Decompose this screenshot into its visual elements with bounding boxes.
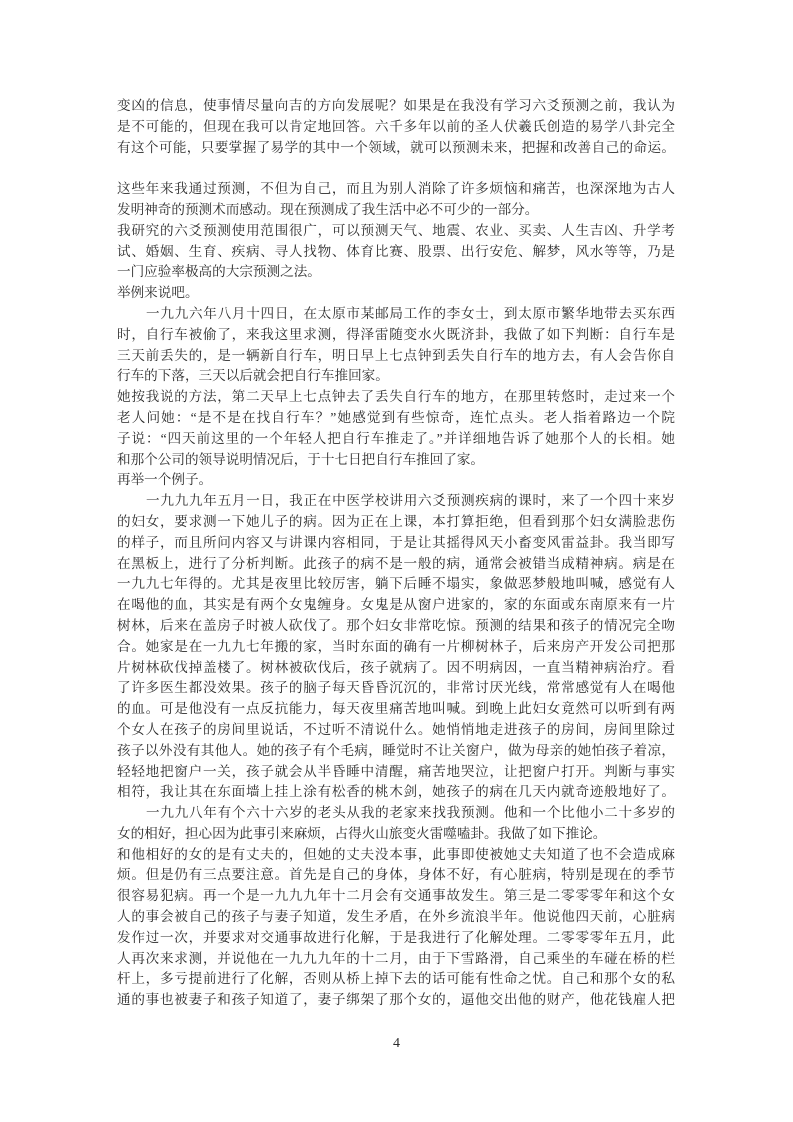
- text-line: 树林，后来在盖房子时被人砍伐了。那个妇女非常吃惊。预测的结果和孩子的情况完全吻: [117, 616, 675, 637]
- text-line: 发作过一次，并要求对交通事故进行化解，于是我进行了化解处理。二零零零年五月，此: [117, 928, 675, 949]
- text-line: 相符，我让其在东面墙上挂上涂有松香的桃木剑，她孩子的病在几天内就奇迹般地好了。: [117, 782, 675, 803]
- text-line: 杆上，多亏提前进行了化解，否则从桥上掉下去的话可能有性命之忧。自己和那个女的私: [117, 969, 675, 990]
- text-line: 行车的下落，三天以后就会把自行车推回家。: [117, 366, 675, 387]
- text-line: 一九九六年八月十四日，在太原市某邮局工作的李女士，到太原市繁华地带去买东西: [117, 304, 675, 325]
- text-line: 片树林砍伐掉盖楼了。树林被砍伐后，孩子就病了。因不明病因，一直当精神病治疗。看: [117, 658, 675, 679]
- text-line: 试、婚姻、生育、疾病、寻人找物、体育比赛、股票、出行安危、解梦，风水等等，乃是: [117, 242, 675, 263]
- text-line: 女的相好，担心因为此事引来麻烦，占得火山旅变火雷噬嗑卦。我做了如下推论。: [117, 824, 675, 845]
- text-line: 我研究的六爻预测使用范围很广，可以预测天气、地震、农业、买卖、人生吉凶、升学考: [117, 221, 675, 242]
- text-line: 很容易犯病。再一个是一九九九年十二月会有交通事故发生。第三是二零零零年和这个女: [117, 886, 675, 907]
- text-line: 和那个公司的领导说明情况后，于十七日把自行车推回了家。: [117, 450, 675, 471]
- text-line: 变凶的信息，使事情尽量向吉的方向发展呢？如果是在我没有学习六爻预测之前，我认为: [117, 96, 675, 117]
- text-line: 老人问她：“是不是在找自行车？”她感觉到有些惊奇，连忙点头。老人指着路边一个院: [117, 408, 675, 429]
- text-line: 有这个可能，只要掌握了易学的其中一个领域，就可以预测未来，把握和改善自己的命运。: [117, 138, 675, 159]
- page-text: 变凶的信息，使事情尽量向吉的方向发展呢？如果是在我没有学习六爻预测之前，我认为是…: [117, 96, 675, 1011]
- text-line: 一九九八年有个六十六岁的老头从我的老家来找我预测。他和一个比他小二十多岁的: [117, 803, 675, 824]
- text-line: 合。她家是在一九九七年搬的家，当时东面的确有一片柳树林子，后来房产开发公司把那: [117, 637, 675, 658]
- text-line: 人的事会被自己的孩子与妻子知道，发生矛盾，在外乡流浪半年。他说他四天前，心脏病: [117, 907, 675, 928]
- text-line: 举例来说吧。: [117, 283, 675, 304]
- blank-line: [117, 158, 675, 179]
- text-line: 的血。可是他没有一点反抗能力，每天夜里痛苦地叫喊。到晚上此妇女竟然可以听到有两: [117, 699, 675, 720]
- document-page: 变凶的信息，使事情尽量向吉的方向发展呢？如果是在我没有学习六爻预测之前，我认为是…: [0, 0, 793, 1122]
- text-line: 这些年来我通过预测，不但为自己，而且为别人消除了许多烦恼和痛苦，也深深地为古人: [117, 179, 675, 200]
- text-line: 发明神奇的预测术而感动。现在预测成了我生活中必不可少的一部分。: [117, 200, 675, 221]
- text-line: 时，自行车被偷了，来我这里求测，得泽雷随变水火既济卦，我做了如下判断：自行车是: [117, 325, 675, 346]
- text-line: 再举一个例子。: [117, 470, 675, 491]
- text-line: 一九九九年五月一日，我正在中医学校讲用六爻预测疾病的课时，来了一个四十来岁: [117, 491, 675, 512]
- text-line: 通的事也被妻子和孩子知道了，妻子绑架了那个女的，逼他交出他的财产，他花钱雇人把: [117, 990, 675, 1011]
- text-line: 在喝他的血，其实是有两个女鬼缠身。女鬼是从窗户进家的，家的东面或东南原来有一片: [117, 595, 675, 616]
- text-line: 是不可能的，但现在我可以肯定地回答。六千多年以前的圣人伏羲氏创造的易学八卦完全: [117, 117, 675, 138]
- text-line: 子说：“四天前这里的一个年轻人把自行车推走了。”并详细地告诉了她那个人的长相。她: [117, 429, 675, 450]
- text-line: 人再次来求测，并说他在一九九九年的十二月，由于下雪路滑，自己乘坐的车碰在桥的栏: [117, 949, 675, 970]
- text-line: 的妇女，要求测一下她儿子的病。因为正在上课，本打算拒绝，但看到那个妇女满脸悲伤: [117, 512, 675, 533]
- page-number: 4: [0, 1034, 793, 1054]
- text-line: 她按我说的方法，第二天早上七点钟去了丢失自行车的地方，在那里转悠时，走过来一个: [117, 387, 675, 408]
- text-line: 轻轻地把窗户一关，孩子就会从半昏睡中清醒，痛苦地哭泣，让把窗户打开。判断与事实: [117, 762, 675, 783]
- text-line: 的样子，而且所问内容又与讲课内容相同，于是让其摇得风天小畜变风雷益卦。我当即写: [117, 533, 675, 554]
- text-line: 和他相好的女的是有丈夫的，但她的丈夫没本事，此事即使被她丈夫知道了也不会造成麻: [117, 845, 675, 866]
- text-line: 烦。但是仍有三点要注意。首先是自己的身体，身体不好，有心脏病，特别是现在的季节: [117, 865, 675, 886]
- text-line: 了许多医生都没效果。孩子的脑子每天昏昏沉沉的，非常讨厌光线，常常感觉有人在喝他: [117, 678, 675, 699]
- text-line: 三天前丢失的，是一辆新自行车，明日早上七点钟到丢失自行车的地方去，有人会告你自: [117, 346, 675, 367]
- text-line: 个女人在孩子的房间里说话，不过听不清说什么。她悄悄地走进孩子的房间，房间里除过: [117, 720, 675, 741]
- text-line: 孩子以外没有其他人。她的孩子有个毛病，睡觉时不让关窗户，做为母亲的她怕孩子着凉，: [117, 741, 675, 762]
- text-line: 一门应验率极高的大宗预测之法。: [117, 262, 675, 283]
- text-line: 一九九七年得的。尤其是夜里比较厉害，躺下后睡不塌实，象做恶梦般地叫喊，感觉有人: [117, 574, 675, 595]
- text-line: 在黑板上，进行了分析判断。此孩子的病不是一般的病，通常会被错当成精神病。病是在: [117, 554, 675, 575]
